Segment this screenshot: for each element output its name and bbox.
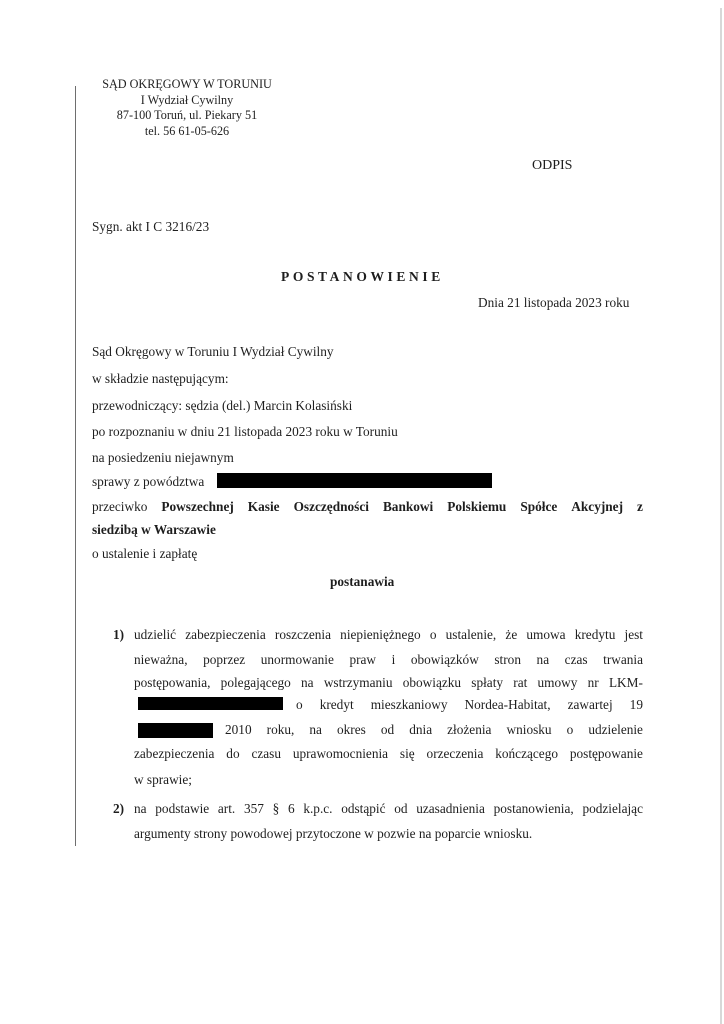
document-title: POSTANOWIENIE	[281, 269, 444, 285]
left-margin-line	[75, 86, 76, 846]
defendant-word: Powszechnej	[161, 499, 233, 515]
item-2-number: 2)	[113, 801, 124, 817]
copy-mark: ODPIS	[532, 158, 572, 174]
defendant-word: Spółce	[520, 499, 557, 515]
defendant-seat: siedzibą w Warszawie	[92, 522, 216, 538]
item-line: w sprawie;	[134, 772, 192, 788]
defendant-word: Kasie	[248, 499, 280, 515]
item-line: okredytmieszkaniowyNordea-Habitat,zawart…	[296, 697, 643, 713]
preamble-judge: przewodniczący: sędzia (del.) Marcin Kol…	[92, 398, 352, 414]
defendant-word: z	[637, 499, 643, 515]
defendant-word: Bankowi	[383, 499, 433, 515]
preamble-composition: w składzie następującym:	[92, 371, 229, 387]
defendant-line: przeciwkoPowszechnejKasieOszczędnościBan…	[92, 499, 643, 515]
court-name: SĄD OKRĘGOWY W TORUNIU	[92, 77, 282, 93]
defendant-word: Oszczędności	[294, 499, 369, 515]
redacted-plaintiff	[217, 473, 492, 488]
court-address: 87-100 Toruń, ul. Piekary 51	[92, 108, 282, 124]
court-phone: tel. 56 61-05-626	[92, 124, 282, 140]
item-line: napodstawieart.357§6k.p.c.odstąpićoduzas…	[134, 801, 643, 817]
redacted-contract-number	[138, 697, 283, 710]
defendant-prefix: przeciwko	[92, 499, 147, 515]
item-1-number: 1)	[113, 627, 124, 643]
preamble-plaintiff-label: sprawy z powództwa	[92, 474, 204, 490]
item-line: argumenty strony powodowej przytoczone w…	[134, 826, 532, 842]
document-date: Dnia 21 listopada 2023 roku	[478, 295, 629, 311]
item-line: udzielićzabezpieczeniaroszczenianiepieni…	[134, 627, 643, 643]
case-subject: o ustalenie i zapłatę	[92, 546, 197, 562]
item-line: postępowania,polegającegonawstrzymaniuob…	[134, 675, 643, 691]
preamble-hearing: po rozpoznaniu w dniu 21 listopada 2023 …	[92, 424, 398, 440]
decision-word: postanawia	[330, 574, 394, 590]
right-edge-line	[720, 8, 722, 1024]
court-header: SĄD OKRĘGOWY W TORUNIU I Wydział Cywilny…	[92, 77, 282, 139]
preamble-session: na posiedzeniu niejawnym	[92, 450, 234, 466]
item-line: nieważna,poprzezunormowanieprawiobowiązk…	[134, 652, 643, 668]
case-reference: Sygn. akt I C 3216/23	[92, 219, 209, 235]
preamble-court: Sąd Okręgowy w Toruniu I Wydział Cywilny	[92, 344, 334, 360]
court-division: I Wydział Cywilny	[92, 93, 282, 109]
item-line: zabezpieczeniadoczasuuprawomocnieniasięo…	[134, 746, 643, 762]
redacted-contract-month	[138, 723, 213, 738]
item-line: 2010roku,naokresoddniazłożeniawnioskuoud…	[225, 722, 643, 738]
defendant-word: Polskiemu	[447, 499, 506, 515]
defendant-word: Akcyjnej	[571, 499, 623, 515]
document-page: SĄD OKRĘGOWY W TORUNIU I Wydział Cywilny…	[0, 0, 724, 1024]
